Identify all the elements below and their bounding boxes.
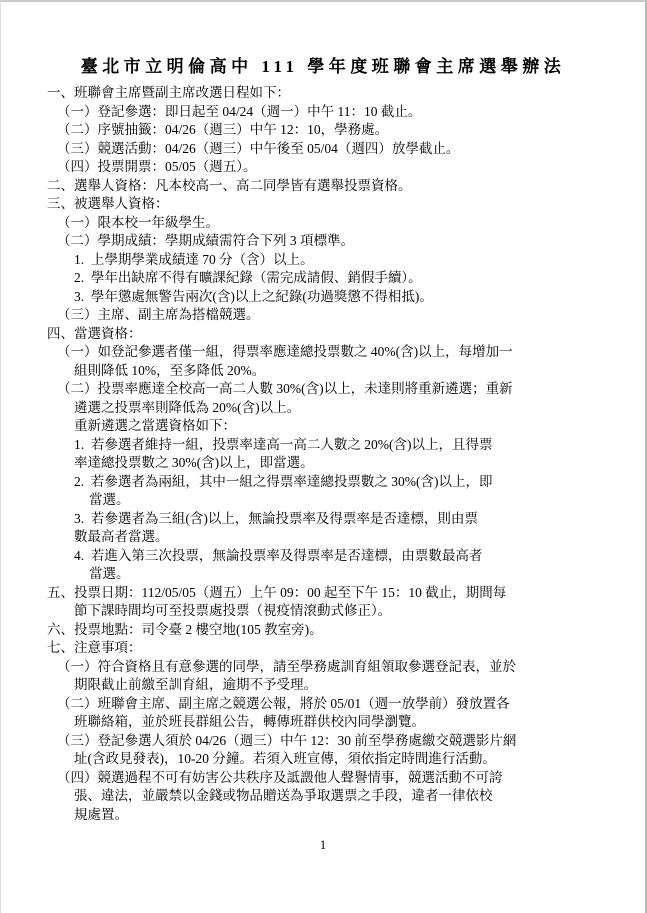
document-line: 五、投票日期：112/05/05（週五）上午 09：00 起至下午 15：10 … bbox=[1, 584, 645, 603]
document-line: （三）主席、副主席為搭檔競選。 bbox=[1, 306, 645, 325]
document-line: （四）競選過程不可有妨害公共秩序及詆譭他人聲譽情事，競選活動不可誇 bbox=[1, 769, 645, 788]
document-line: （三）登記參選人須於 04/26（週三）中午 12：30 前至學務處繳交競選影片… bbox=[1, 732, 645, 751]
document-line: 2. 學年出缺席不得有曠課紀錄（需完成請假、銷假手續）。 bbox=[1, 269, 645, 288]
document-line: 率達總投票數之 30%(含)以上，即當選。 bbox=[1, 454, 645, 473]
document-line: 3. 學年懲處無警告兩次(含)以上之紀錄(功過獎懲不得相抵)。 bbox=[1, 288, 645, 307]
document-line: 三、被選舉人資格： bbox=[1, 195, 645, 214]
document-line: 4. 若進入第三次投票，無論投票率及得票率是否達標，由票數最高者 bbox=[1, 547, 645, 566]
document-line: 址(含政見發表)，10-20 分鐘。若須入班宣傳，須依指定時間進行活動。 bbox=[1, 750, 645, 769]
document-line: 節下課時間均可至投票處投票（視疫情滾動式修正）。 bbox=[1, 602, 645, 621]
document-line: （三）競選活動：04/26（週三）中午後至 05/04（週四）放學截止。 bbox=[1, 140, 645, 159]
document-line: 四、當選資格： bbox=[1, 325, 645, 344]
document-line: 1. 若參選者維持一組，投票率達高一高二人數之 20%(含)以上，且得票 bbox=[1, 436, 645, 455]
page-number: 1 bbox=[1, 838, 645, 853]
document-body: 一、班聯會主席暨副主席改選日程如下： （一）登記參選：即日起至 04/24（週一… bbox=[1, 84, 645, 824]
document-line: 重新遴選之當選資格如下： bbox=[1, 417, 645, 436]
document-line: 七、注意事項： bbox=[1, 639, 645, 658]
document-line: （二）學期成績：學期成績需符合下列 3 項標準。 bbox=[1, 232, 645, 251]
document-line: 一、班聯會主席暨副主席改選日程如下： bbox=[1, 84, 645, 103]
document-line: （一）登記參選：即日起至 04/24（週一）中午 11：10 截止。 bbox=[1, 103, 645, 122]
document-line: 2. 若參選者為兩組，其中一組之得票率達總投票數之 30%(含)以上，即 bbox=[1, 473, 645, 492]
document-line: （二）序號抽籤：04/26（週三）中午 12：10，學務處。 bbox=[1, 121, 645, 140]
document-line: 期限截止前繳至訓育組，逾期不予受理。 bbox=[1, 676, 645, 695]
document-line: 班聯絡箱，並於班長群組公告，轉傳班群供校內同學瀏覽。 bbox=[1, 713, 645, 732]
document-line: 六、投票地點：司令臺 2 樓空地(105 教室旁)。 bbox=[1, 621, 645, 640]
document-line: 張、違法，並嚴禁以金錢或物品贈送為爭取選票之手段，違者一律依校 bbox=[1, 787, 645, 806]
document-title: 臺北市立明倫高中 111 學年度班聯會主席選舉辦法 bbox=[1, 2, 645, 79]
document-line: 當選。 bbox=[1, 565, 645, 584]
document-line: 1. 上學期學業成績達 70 分（含）以上。 bbox=[1, 251, 645, 270]
document-line: （二）投票率應達全校高一高二人數 30%(含)以上，未達則將重新遴選；重新 bbox=[1, 380, 645, 399]
document-line: 當選。 bbox=[1, 491, 645, 510]
document-line: （一）限本校一年級學生。 bbox=[1, 214, 645, 233]
document-line: 3. 若參選者為三組(含)以上，無論投票率及得票率是否達標，則由票 bbox=[1, 510, 645, 529]
document-line: （四）投票開票：05/05（週五）。 bbox=[1, 158, 645, 177]
document-page: 臺北市立明倫高中 111 學年度班聯會主席選舉辦法 一、班聯會主席暨副主席改選日… bbox=[0, 0, 647, 913]
document-line: （二）班聯會主席、副主席之競選公報，將於 05/01（週一放學前）發放置各 bbox=[1, 695, 645, 714]
document-line: 數最高者當選。 bbox=[1, 528, 645, 547]
document-line: （一）如登記參選者僅一組，得票率應達總投票數之 40%(含)以上，每增加一 bbox=[1, 343, 645, 362]
document-line: （一）符合資格且有意參選的同學，請至學務處訓育組領取參選登記表，並於 bbox=[1, 658, 645, 677]
document-line: 二、選舉人資格：凡本校高一、高二同學皆有選舉投票資格。 bbox=[1, 177, 645, 196]
document-line: 組則降低 10%，至多降低 20%。 bbox=[1, 362, 645, 381]
document-line: 規處置。 bbox=[1, 806, 645, 825]
document-line: 遴選之投票率則降低為 20%(含)以上。 bbox=[1, 399, 645, 418]
